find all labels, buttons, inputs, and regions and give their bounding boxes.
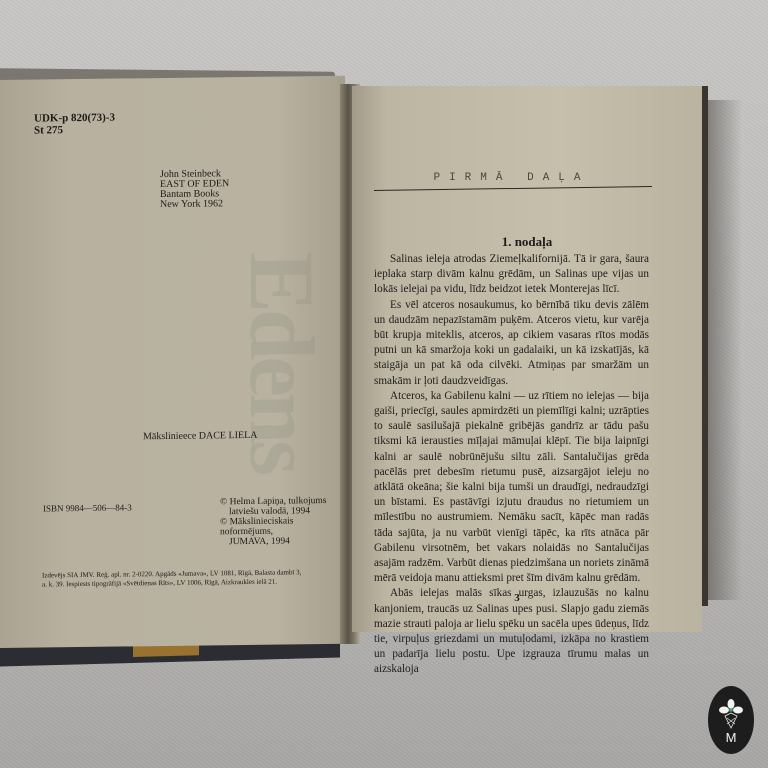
isbn: ISBN 9984—506—84-3 [43,502,132,513]
paragraph: Es vēl atceros nosaukumus, ko bērnībā ti… [374,298,649,389]
copyright-notice: © Helma Lapiņa, tulkojums latviešu valod… [220,496,345,548]
paragraph: Atceros, ka Gabilenu kalni — uz rītiem n… [374,389,649,587]
page-number: 3 [352,592,682,604]
place-year: New York 1962 [160,199,229,210]
part-divider [374,186,652,191]
show-through-title: Edens [115,251,335,404]
paragraph: Salinas ieleja atrodas Ziemeļkalifornijā… [374,252,649,298]
left-page: Edens UDK-p 820(73)-3 St 275 John Steinb… [0,76,345,648]
book-shadow [702,100,742,600]
classification-codes: UDK-p 820(73)-3 St 275 [34,112,115,137]
copyright-line: JUMAVA, 1994 [220,536,345,548]
copyright-line: © Mākslinieciskais noformējums, [220,516,345,538]
imprint: Izdevējs SIA JMV. Reģ. apl. nr. 2-0220. … [42,568,342,590]
original-edition-info: John Steinbeck EAST OF EDEN Bantam Books… [160,169,229,210]
right-page: PIRMĀ DAĻA 1. nodaļa Salinas ieleja atro… [352,86,702,632]
svg-text:M: M [726,730,737,745]
flower-monogram-icon: M [708,686,754,754]
st-code: St 275 [34,124,115,137]
chapter-title: 1. nodaļa [352,234,702,250]
chapter-body: Salinas ieleja atrodas Ziemeļkalifornijā… [374,252,649,678]
udk-code: UDK-p 820(73)-3 [34,112,115,125]
watermark-badge: M [708,686,754,754]
artist-credit: Mākslinieece DACE LIELA [143,430,257,442]
part-title: PIRMĀ DAĻA [374,172,649,184]
